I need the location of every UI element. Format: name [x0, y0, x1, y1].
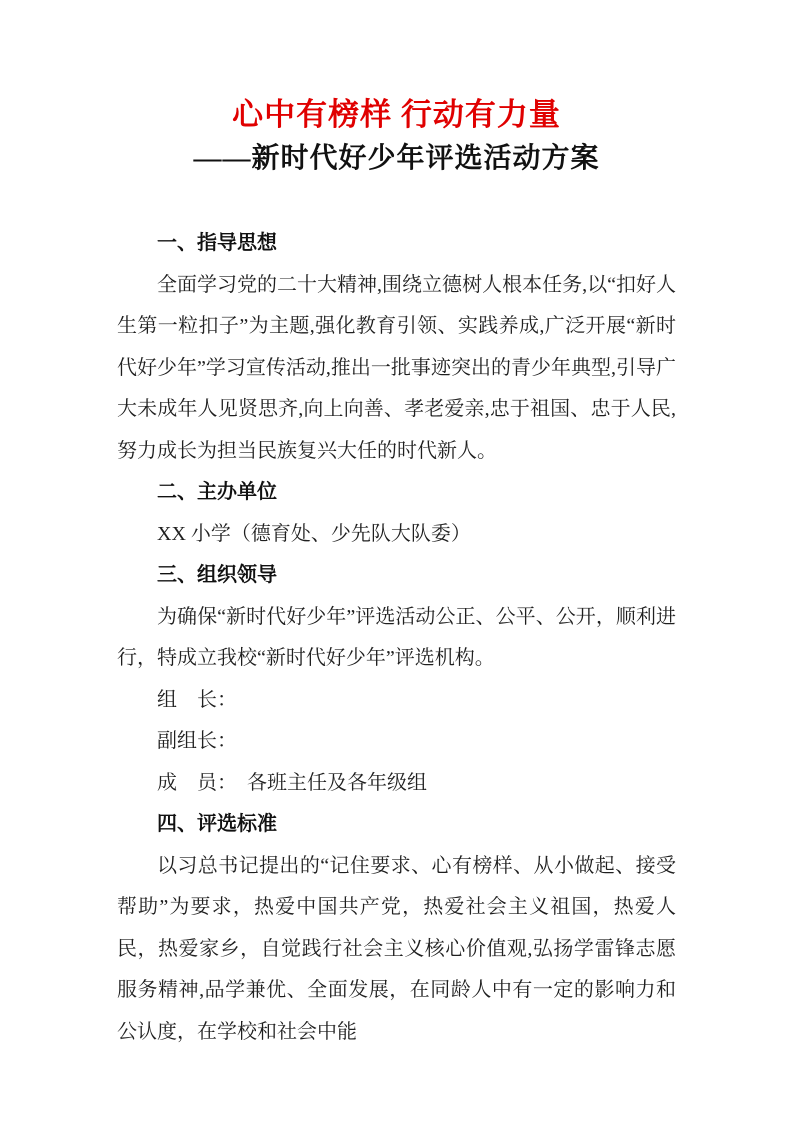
members-line: 成 员： 各班主任及各年级组: [117, 763, 676, 805]
group-leader-line: 组 长：: [117, 680, 676, 722]
document-title: 心中有榜样 行动有力量: [117, 95, 676, 135]
section-heading-3: 三、组织领导: [117, 555, 676, 597]
section-heading-4: 四、评选标准: [117, 804, 676, 846]
deputy-leader-line: 副组长：: [117, 721, 676, 763]
section-heading-2: 二、主办单位: [117, 472, 676, 514]
section-1-paragraph: 全面学习党的二十大精神,围绕立德树人根本任务,以“扣好人生第一粒扣子”为主题,强…: [117, 265, 676, 473]
section-2-paragraph: XX 小学（德育处、少先队大队委）: [117, 514, 676, 556]
document-subtitle: ——新时代好少年评选活动方案: [117, 141, 676, 177]
section-4-paragraph: 以习总书记提出的“记住要求、心有榜样、从小做起、接受帮助”为要求，热爱中国共产党…: [117, 846, 676, 1054]
document-body: 一、指导思想 全面学习党的二十大精神,围绕立德树人根本任务,以“扣好人生第一粒扣…: [117, 223, 676, 1053]
section-3-paragraph: 为确保“新时代好少年”评选活动公正、公平、公开，顺利进行，特成立我校“新时代好少…: [117, 597, 676, 680]
document-page: 心中有榜样 行动有力量 ——新时代好少年评选活动方案 一、指导思想 全面学习党的…: [0, 0, 793, 1122]
section-heading-1: 一、指导思想: [117, 223, 676, 265]
